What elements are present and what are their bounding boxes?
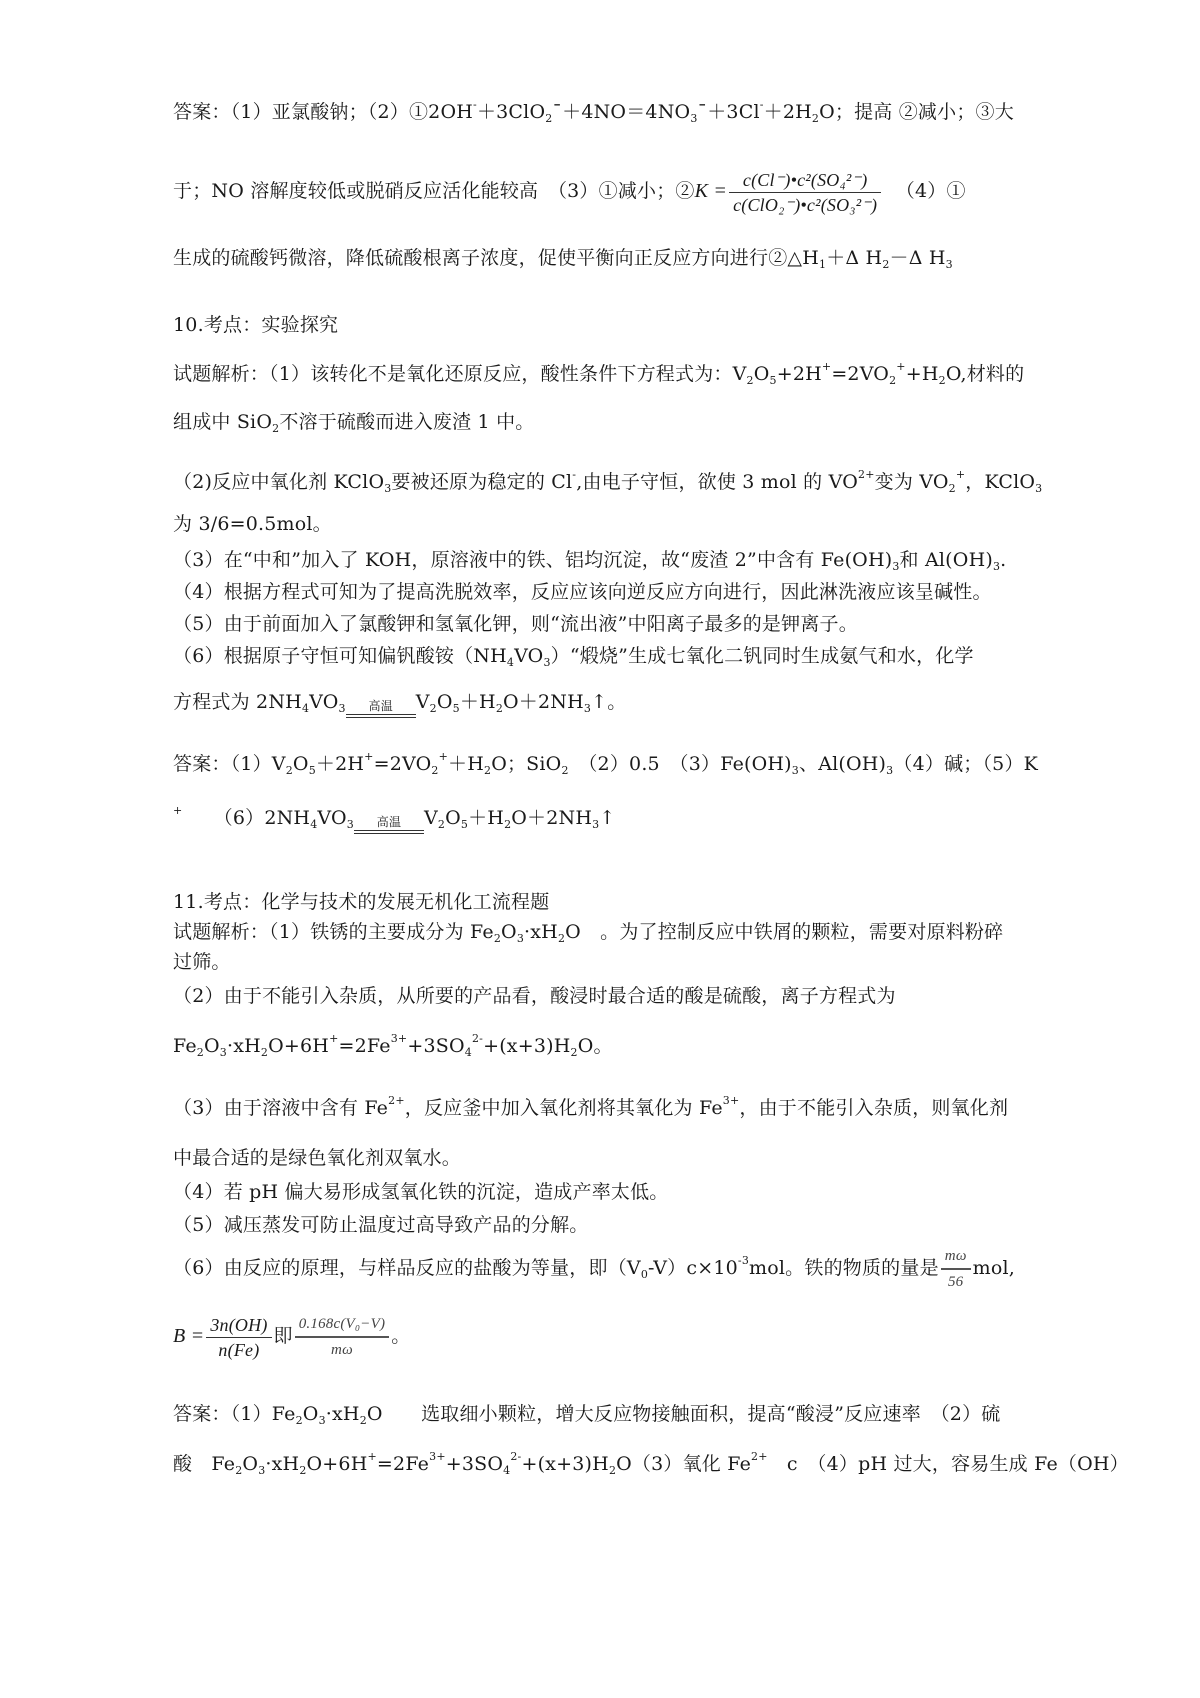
text: O bbox=[445, 807, 461, 829]
sub: 2 bbox=[882, 258, 889, 271]
q10-p6-line-1: （6）根据原子守恒可知偏钒酸铵（NH4VO3）“煅烧”生成七氧化二钒同时生成氨气… bbox=[173, 644, 974, 668]
text: （3）由于溶液中含有 Fe bbox=[173, 1097, 388, 1119]
text: （3）在“中和”加入了 KOH，原溶液中的铁、铝均沉淀，故“废渣 2”中含有 F… bbox=[173, 549, 892, 571]
text: ，反应釜中加入氧化剂将其氧化为 Fe bbox=[405, 1097, 723, 1119]
text: 。 bbox=[391, 1325, 410, 1347]
text: 答案：（1）Fe bbox=[173, 1403, 296, 1425]
sub: 2 bbox=[430, 702, 437, 715]
text: O bbox=[754, 363, 770, 385]
text: ＋H bbox=[460, 691, 496, 713]
text: +2H bbox=[777, 363, 822, 385]
text: ·xH bbox=[227, 1035, 261, 1057]
reaction-condition-high-temp: 高温 bbox=[346, 700, 416, 718]
sup: + bbox=[956, 468, 965, 481]
sup: 2- bbox=[472, 1032, 483, 1045]
text: （6）2NH bbox=[214, 807, 311, 829]
text: +3SO bbox=[407, 1035, 464, 1057]
q10-p1-line-2: 组成中 SiO2不溶于硫酸而进入废渣 1 中。 bbox=[173, 410, 534, 434]
q11-p3-line-2: 中最合适的是绿色氧化剂双氧水。 bbox=[173, 1146, 461, 1170]
sub: 5 bbox=[461, 818, 468, 831]
text: 酸 Fe bbox=[173, 1453, 235, 1475]
text: O；SiO bbox=[491, 753, 561, 775]
sub: 0 bbox=[641, 1268, 648, 1281]
text: O bbox=[437, 691, 453, 713]
sub: 2 bbox=[296, 1414, 303, 1427]
text: ，由于不能引入杂质，则氧化剂 bbox=[739, 1097, 1008, 1119]
text: ＋2H bbox=[764, 101, 812, 123]
fraction-numerator: 3n(OH) bbox=[206, 1313, 271, 1338]
basicity-result-fraction: 0.168c(V₀−V)mω bbox=[295, 1312, 389, 1362]
q10-heading: 10.考点：实验探究 bbox=[173, 313, 338, 337]
text: O bbox=[293, 753, 309, 775]
sup: 3+ bbox=[429, 1450, 446, 1463]
text: VO bbox=[514, 645, 543, 667]
sup: 2+ bbox=[388, 1094, 405, 1107]
sub: 3 bbox=[220, 1046, 227, 1059]
text: 方程式为 2NH bbox=[173, 691, 302, 713]
iron-amount-fraction: mω56 bbox=[941, 1244, 971, 1294]
sup: -3 bbox=[738, 1254, 749, 1267]
text: . bbox=[1000, 549, 1006, 571]
sub: 3 bbox=[517, 932, 524, 945]
text: ·xH bbox=[524, 921, 558, 943]
sub: 2 bbox=[561, 764, 568, 777]
sub: 3 bbox=[892, 560, 899, 573]
text: ·xH bbox=[265, 1453, 299, 1475]
text: （4）碱；（5）K bbox=[893, 753, 1038, 775]
text: -V）c×10 bbox=[648, 1257, 738, 1279]
text: O＋2NH bbox=[511, 807, 592, 829]
text: =2Fe bbox=[339, 1035, 391, 1057]
b-symbol: B = bbox=[173, 1325, 204, 1347]
basicity-fraction: 3n(OH)n(Fe) bbox=[206, 1313, 271, 1362]
text: 即 bbox=[274, 1325, 293, 1347]
text: V bbox=[424, 807, 438, 829]
text: +H bbox=[906, 363, 939, 385]
q10-p6-line-2: 方程式为 2NH4VO3高温V2O5＋H2O＋2NH3↑。 bbox=[173, 690, 626, 718]
sup: 2- bbox=[510, 1450, 521, 1463]
sub: 2 bbox=[496, 702, 503, 715]
text: －Δ H bbox=[890, 247, 946, 269]
text: Fe bbox=[173, 1035, 197, 1057]
text: +3SO bbox=[446, 1453, 503, 1475]
text: 不溶于硫酸而进入废渣 1 中。 bbox=[279, 411, 534, 433]
text: O＋2NH bbox=[503, 691, 584, 713]
k-symbol: K = bbox=[695, 180, 727, 202]
sub: 2 bbox=[197, 1046, 204, 1059]
text: mol, bbox=[973, 1257, 1015, 1279]
text: O 选取细小颗粒，增大反应物接触面积，提高“酸浸”反应速率 （2）硫 bbox=[367, 1403, 1001, 1425]
text: 要被还原为稳定的 Cl bbox=[391, 471, 572, 493]
text: O bbox=[303, 1403, 319, 1425]
text: +(x+3)H bbox=[483, 1035, 570, 1057]
text: O bbox=[204, 1035, 220, 1057]
text: ＋Δ H bbox=[826, 247, 882, 269]
fraction-denominator: mω bbox=[295, 1338, 389, 1362]
sub: 2 bbox=[431, 764, 438, 777]
q11-p4: （4）若 pH 偏大易形成氢氧化铁的沉淀，造成产率太低。 bbox=[173, 1180, 669, 1204]
text: O 。为了控制反应中铁屑的颗粒，需要对原料粉碎 bbox=[565, 921, 1003, 943]
q11-answer-line-2: 酸 Fe2O3·xH2O+6H+=2Fe3++3SO42-+(x+3)H2O（3… bbox=[173, 1452, 1129, 1476]
sub: 3 bbox=[584, 702, 591, 715]
text: O+6H bbox=[268, 1035, 329, 1057]
sub: 3 bbox=[690, 112, 697, 125]
text: 、Al(OH) bbox=[799, 753, 886, 775]
q10-answer-line-1: 答案：（1）V2O5＋2H+=2VO2+＋H2O；SiO2 （2）0.5 （3）… bbox=[173, 752, 1038, 776]
text: c （4）pH 过大，容易生成 Fe（OH） bbox=[768, 1453, 1129, 1475]
text: VO bbox=[317, 807, 346, 829]
condition-label: 高温 bbox=[354, 816, 424, 828]
text: O+6H bbox=[307, 1453, 368, 1475]
text: 答案：（1）V bbox=[173, 753, 286, 775]
fraction-numerator: mω bbox=[941, 1244, 971, 1270]
text: ＋H bbox=[468, 807, 504, 829]
sup: + bbox=[364, 750, 373, 763]
text: （6）根据原子守恒可知偏钒酸铵（NH bbox=[173, 645, 507, 667]
sub: 4 bbox=[503, 1464, 510, 1477]
text: （2)反应中氧化剂 KClO bbox=[173, 471, 384, 493]
q10-p3: （3）在“中和”加入了 KOH，原溶液中的铁、铝均沉淀，故“废渣 2”中含有 F… bbox=[173, 548, 1006, 572]
text: ）“煅烧”生成七氧化二钒同时生成氨气和水，化学 bbox=[551, 645, 974, 667]
text: VO bbox=[309, 691, 338, 713]
sub: 4 bbox=[507, 656, 514, 669]
sub: 2 bbox=[747, 374, 754, 387]
q10-answer-line-2: + （6）2NH4VO3高温V2O5＋H2O＋2NH3↑ bbox=[173, 806, 615, 834]
sup: 2+ bbox=[751, 1450, 768, 1463]
text: O bbox=[501, 921, 517, 943]
fraction-numerator: 0.168c(V₀−V) bbox=[295, 1312, 389, 1338]
text: 生成的硫酸钙微溶，降低硫酸根离子浓度，促使平衡向正反应方向进行②△H bbox=[173, 247, 819, 269]
sub: 3 bbox=[792, 764, 799, 777]
text: O（3）氧化 Fe bbox=[616, 1453, 751, 1475]
sub: 4 bbox=[465, 1046, 472, 1059]
text: mol。铁的物质的量是 bbox=[749, 1257, 939, 1279]
sup: + bbox=[822, 360, 831, 373]
sub: 3 bbox=[339, 702, 346, 715]
q11-p3-line-1: （3）由于溶液中含有 Fe2+，反应釜中加入氧化剂将其氧化为 Fe3+，由于不能… bbox=[173, 1096, 1008, 1120]
sup: + bbox=[439, 750, 448, 763]
q9-answer-line-3: 生成的硫酸钙微溶，降低硫酸根离子浓度，促使平衡向正反应方向进行②△H1＋Δ H2… bbox=[173, 246, 953, 270]
text: 答案：（1）亚氯酸钠；（2）①2OH bbox=[173, 101, 473, 123]
q10-p2-line-2: 为 3/6=0.5mol。 bbox=[173, 512, 332, 536]
sub: 2 bbox=[949, 482, 956, 495]
text: 于；NO 溶解度较低或脱硝反应活化能较高 （3）①减小；② bbox=[173, 180, 695, 202]
q11-p6-line-1: （6）由反应的原理，与样品反应的盐酸为等量，即（V0-V）c×10-3mol。铁… bbox=[173, 1240, 1015, 1296]
q9-answer-line-1: 答案：（1）亚氯酸钠；（2）①2OH-＋3ClO2¯＋4NO＝4NO3¯＋3Cl… bbox=[173, 100, 1014, 124]
sup: 3+ bbox=[723, 1094, 740, 1107]
q11-p5: （5）减压蒸发可防止温度过高导致产品的分解。 bbox=[173, 1213, 589, 1237]
q9-answer-line-2: 于；NO 溶解度较低或脱硝反应活化能较高 （3）①减小；②K =c(Cl⁻)•c… bbox=[173, 160, 966, 222]
sub: 2 bbox=[286, 764, 293, 777]
text: ，KClO bbox=[965, 471, 1035, 493]
text: O,材料的 bbox=[946, 363, 1025, 385]
sub: 3 bbox=[319, 1414, 326, 1427]
q11-p6-line-2: B =3n(OH)n(Fe)即0.168c(V₀−V)mω。 bbox=[173, 1308, 410, 1364]
q11-p2-line-2: Fe2O3·xH2O+6H+=2Fe3++3SO42-+(x+3)H2O。 bbox=[173, 1034, 613, 1058]
condition-label: 高温 bbox=[346, 700, 416, 712]
text: ↑。 bbox=[591, 691, 626, 713]
text: =2Fe bbox=[377, 1453, 429, 1475]
text: 试题解析：（1）铁锈的主要成分为 Fe bbox=[173, 921, 494, 943]
sub: 2 bbox=[939, 374, 946, 387]
equilibrium-constant-fraction: c(Cl⁻)•c²(SO₄²⁻)c(ClO₂⁻)•c²(SO₃²⁻) bbox=[729, 168, 881, 217]
fraction-denominator: 56 bbox=[941, 1270, 971, 1294]
text: 和 Al(OH) bbox=[900, 549, 993, 571]
text: ¯＋3Cl bbox=[698, 101, 760, 123]
q11-p2-line-1: （2）由于不能引入杂质，从所要的产品看，酸浸时最合适的酸是硫酸，离子方程式为 bbox=[173, 984, 896, 1008]
text: （2）0.5 （3）Fe(OH) bbox=[569, 753, 792, 775]
text: ＋H bbox=[448, 753, 484, 775]
text: ＋3ClO bbox=[477, 101, 545, 123]
sub: 2 bbox=[889, 374, 896, 387]
sub: 2 bbox=[360, 1414, 367, 1427]
text: ¯＋4NO＝4NO bbox=[552, 101, 690, 123]
sup: + bbox=[329, 1032, 338, 1045]
fraction-denominator: c(ClO₂⁻)•c²(SO₃²⁻) bbox=[729, 193, 881, 217]
sub: 5 bbox=[453, 702, 460, 715]
fraction-numerator: c(Cl⁻)•c²(SO₄²⁻) bbox=[729, 168, 881, 193]
text: V bbox=[416, 691, 430, 713]
q10-p5: （5）由于前面加入了氯酸钾和氢氧化钾，则“流出液”中阳离子最多的是钾离子。 bbox=[173, 612, 858, 636]
text: ·xH bbox=[326, 1403, 360, 1425]
text: O；提高 ②减小；③大 bbox=[819, 101, 1014, 123]
text: 组成中 SiO bbox=[173, 411, 272, 433]
sub: 3 bbox=[1035, 482, 1042, 495]
q10-p2-line-1: （2)反应中氧化剂 KClO3要被还原为稳定的 Cl-,由电子守恒，欲使 3 m… bbox=[173, 470, 1042, 494]
sub: 3 bbox=[543, 656, 550, 669]
text: （4）① bbox=[896, 180, 966, 202]
text: O。 bbox=[578, 1035, 613, 1057]
text: 试题解析：（1）该转化不是氧化还原反应，酸性条件下方程式为：V bbox=[173, 363, 747, 385]
q11-answer-line-1: 答案：（1）Fe2O3·xH2O 选取细小颗粒，增大反应物接触面积，提高“酸浸”… bbox=[173, 1402, 1001, 1426]
q11-heading: 11.考点：化学与技术的发展无机化工流程题 bbox=[173, 890, 549, 914]
sup: + bbox=[896, 360, 905, 373]
sup: + bbox=[368, 1450, 377, 1463]
sub: 5 bbox=[770, 374, 777, 387]
double-equals-sign bbox=[346, 714, 416, 718]
text: =2VO bbox=[831, 363, 889, 385]
q10-p4: （4）根据方程式可知为了提高洗脱效率，反应应该向逆反应方向进行，因此淋洗液应该呈… bbox=[173, 580, 992, 604]
q11-p1-line-2: 过筛。 bbox=[173, 950, 231, 974]
sub: 2 bbox=[571, 1046, 578, 1059]
text: +(x+3)H bbox=[521, 1453, 608, 1475]
q10-p1-line-1: 试题解析：（1）该转化不是氧化还原反应，酸性条件下方程式为：V2O5+2H+=2… bbox=[173, 362, 1024, 386]
text: 变为 VO bbox=[875, 471, 949, 493]
text: （6）由反应的原理，与样品反应的盐酸为等量，即（V bbox=[173, 1257, 641, 1279]
sub: 5 bbox=[309, 764, 316, 777]
q11-p1-line-1: 试题解析：（1）铁锈的主要成分为 Fe2O3·xH2O 。为了控制反应中铁屑的颗… bbox=[173, 920, 1003, 944]
sub: 3 bbox=[347, 818, 354, 831]
sub: 2 bbox=[494, 932, 501, 945]
sup: + bbox=[173, 804, 182, 817]
sup: 3+ bbox=[391, 1032, 408, 1045]
reaction-condition-high-temp: 高温 bbox=[354, 816, 424, 834]
text: O bbox=[242, 1453, 258, 1475]
fraction-denominator: n(Fe) bbox=[206, 1338, 271, 1362]
text: ＋2H bbox=[316, 753, 364, 775]
text: =2VO bbox=[374, 753, 432, 775]
text: ,由电子守恒，欲使 3 mol 的 VO bbox=[576, 471, 858, 493]
text: ↑ bbox=[599, 807, 615, 829]
double-equals-sign bbox=[354, 830, 424, 834]
sup: 2+ bbox=[858, 468, 875, 481]
sub: 2 bbox=[299, 1464, 306, 1477]
sub: 3 bbox=[946, 258, 953, 271]
